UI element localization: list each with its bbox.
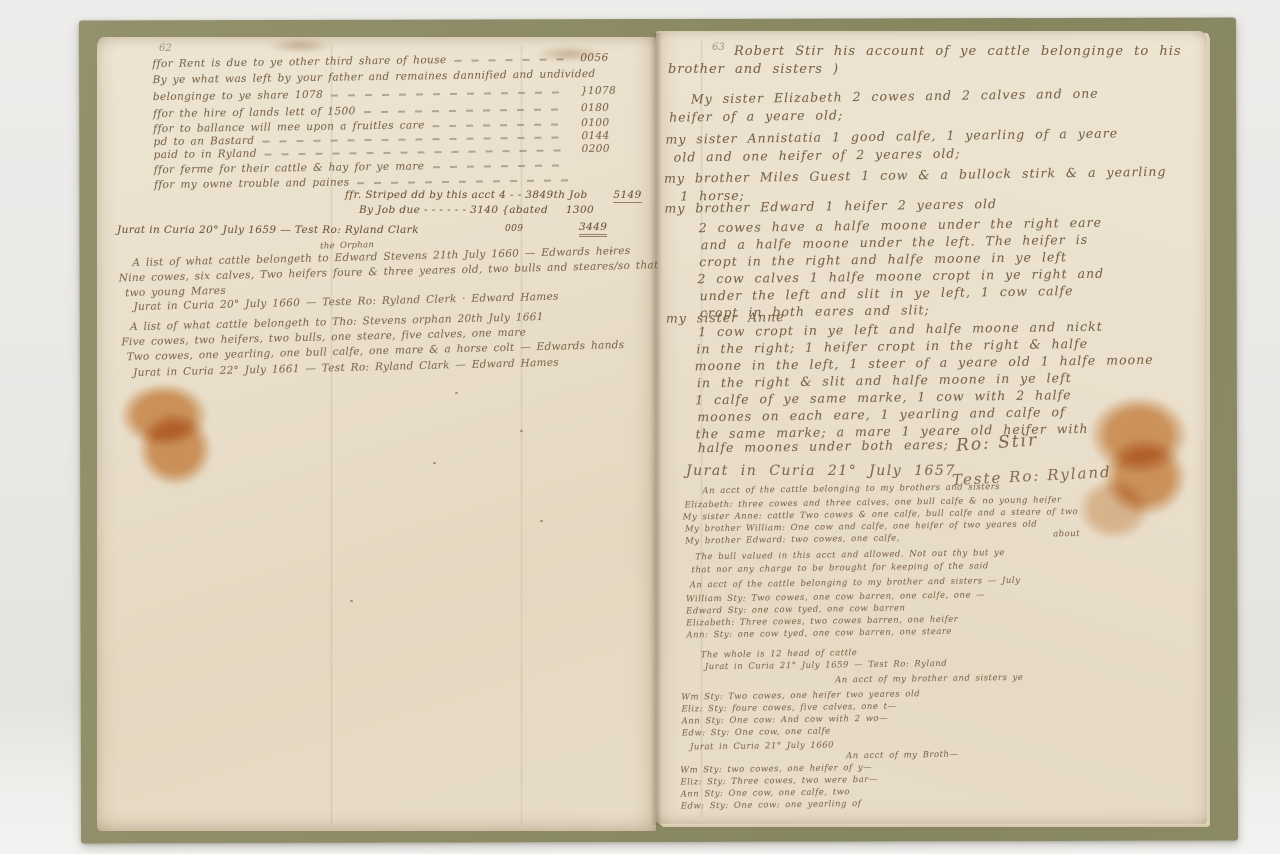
smudge-mark bbox=[268, 38, 332, 53]
page-number: 63 bbox=[712, 42, 725, 53]
summary-line: ffr. Striped dd by this acct 4 - - 3849t… bbox=[345, 189, 642, 201]
summary-line: By Job due - - - - - - 3140 {abated 1300 bbox=[359, 204, 594, 216]
dash-leader bbox=[331, 91, 567, 96]
manuscript-photo: 62 ffor Rent is due to ye other third sh… bbox=[0, 0, 1280, 854]
ledger-row: belonginge to ye share 1078 }1078 bbox=[153, 84, 631, 103]
page-number: 62 bbox=[159, 43, 172, 54]
ink-stain bbox=[1078, 478, 1150, 540]
foxing-speck bbox=[540, 520, 543, 522]
foxing-speck bbox=[433, 462, 436, 464]
smudge-mark bbox=[534, 46, 604, 62]
ink-stain bbox=[138, 412, 212, 486]
dash-leader bbox=[364, 108, 567, 113]
signature-ro-stir: Ro: Stir bbox=[955, 430, 1038, 456]
foxing-speck bbox=[350, 600, 353, 602]
dash-leader bbox=[265, 149, 568, 155]
dash-leader bbox=[357, 179, 568, 184]
foxing-speck bbox=[520, 430, 523, 432]
jurat-line: Jurat in Curia 21° July 1659 — Test Ro: … bbox=[705, 659, 947, 672]
foxing-speck bbox=[610, 250, 613, 252]
foxing-speck bbox=[455, 392, 458, 394]
jurat-line: Jurat in Curia 20° July 1659 — Test Ro: … bbox=[117, 224, 419, 236]
jurat-figure: 009 bbox=[505, 224, 523, 234]
ledger-row: By ye what was left by your father and r… bbox=[152, 67, 630, 86]
jurat-line: Jurat in Curia 21° July 1660 bbox=[690, 740, 834, 752]
jurat-1657: Jurat in Curia 21° July 1657 bbox=[686, 463, 956, 479]
dash-leader bbox=[433, 123, 568, 127]
margin-note: about bbox=[1053, 529, 1080, 539]
dash-leader bbox=[262, 136, 567, 142]
summary-total: 3449 bbox=[579, 221, 607, 237]
dash-leader bbox=[432, 164, 567, 168]
